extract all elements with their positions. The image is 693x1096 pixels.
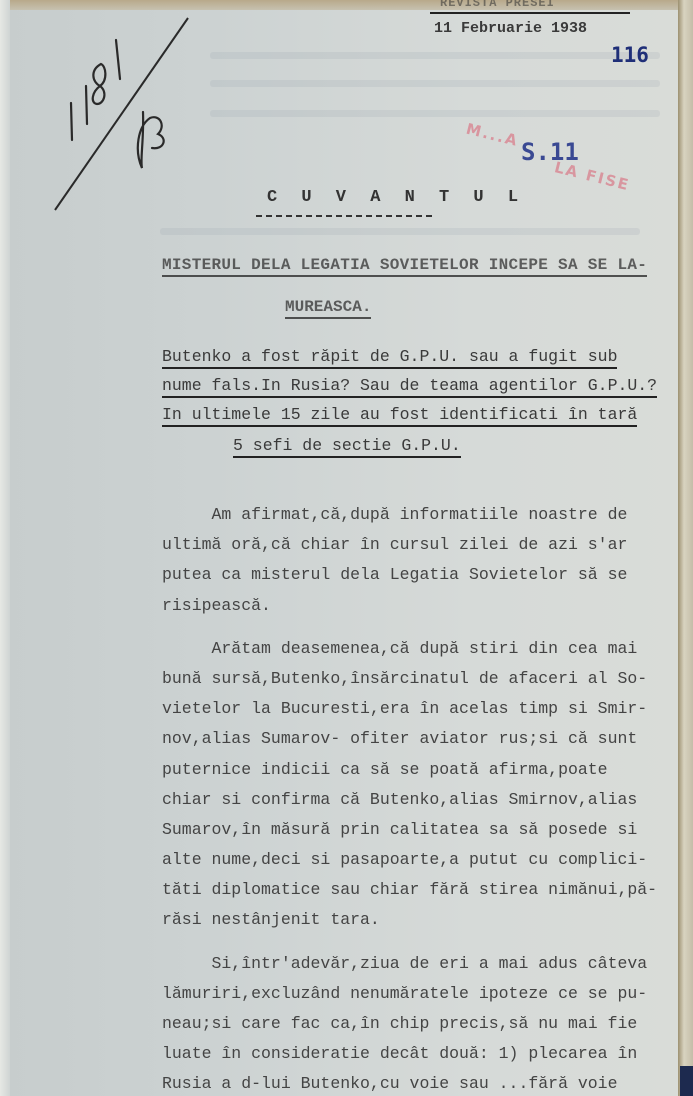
body-line: bună sursă,Butenko,însărcinatul de aface… bbox=[162, 664, 662, 694]
body-line: răsi nestânjenit tara. bbox=[162, 905, 662, 935]
bleed-through bbox=[210, 110, 660, 117]
title-underline bbox=[256, 215, 432, 217]
bleed-through bbox=[210, 80, 660, 87]
binder-tab bbox=[680, 1066, 693, 1096]
body-line: puternice indicii ca să se poată afirma,… bbox=[162, 755, 662, 785]
body-line: lămuriri,excluzând nenumăratele ipoteze … bbox=[162, 979, 662, 1009]
headline-text: MISTERUL DELA LEGATIA SOVIETELOR INCEPE … bbox=[162, 256, 647, 277]
body-line: risipească. bbox=[162, 591, 662, 621]
scan-right-edge bbox=[678, 0, 693, 1096]
subheadline-text: Butenko a fost răpit de G.P.U. sau a fug… bbox=[162, 347, 617, 369]
publication-title: C U V A N T U L bbox=[267, 188, 525, 207]
headline-line-1: MISTERUL DELA LEGATIA SOVIETELOR INCEPE … bbox=[162, 256, 647, 274]
body-line: alte nume,deci si pasapoarte,a putut cu … bbox=[162, 845, 662, 875]
bleed-through bbox=[210, 52, 660, 59]
stamp-s11: S.11 bbox=[521, 138, 579, 166]
body-line: vietelor la Bucuresti,era în acelas timp… bbox=[162, 694, 662, 724]
subheadline-line-4: 5 sefi de sectie G.P.U. bbox=[233, 436, 461, 455]
subheadline-text: 5 sefi de sectie G.P.U. bbox=[233, 436, 461, 458]
paragraph-gap bbox=[162, 936, 662, 949]
body-line: luate în consideratie decât două: 1) ple… bbox=[162, 1039, 662, 1069]
subheadline-text: nume fals.In Rusia? Sau de teama agentil… bbox=[162, 376, 657, 398]
body-line: ultimă oră,că chiar în cursul zilei de a… bbox=[162, 530, 662, 560]
body-line: tăti diplomatice sau chiar fără stirea n… bbox=[162, 875, 662, 905]
source-label: REVISTA PRESEI bbox=[430, 0, 630, 14]
subheadline-text: In ultimele 15 zile au fost identificati… bbox=[162, 405, 637, 427]
body-line: chiar si confirma că Butenko,alias Smirn… bbox=[162, 785, 662, 815]
source-label-text: REVISTA PRESEI bbox=[440, 0, 555, 10]
article-body: Am afirmat,că,după informatiile noastre … bbox=[162, 500, 662, 1096]
folio-number: 116 bbox=[611, 43, 649, 67]
paragraph-gap bbox=[162, 621, 662, 634]
subheadline-line-2: nume fals.In Rusia? Sau de teama agentil… bbox=[162, 376, 657, 395]
body-line: neau;si care fac ca,în chip precis,să nu… bbox=[162, 1009, 662, 1039]
body-line: nov,alias Sumarov- ofiter aviator rus;si… bbox=[162, 724, 662, 754]
bleed-through bbox=[160, 228, 640, 235]
headline-text: MUREASCA. bbox=[285, 298, 371, 319]
headline-line-2: MUREASCA. bbox=[285, 298, 371, 316]
subheadline-line-1: Butenko a fost răpit de G.P.U. sau a fug… bbox=[162, 347, 617, 366]
subheadline-line-3: In ultimele 15 zile au fost identificati… bbox=[162, 405, 637, 424]
body-line: Rusia a d-lui Butenko,cu voie sau ...făr… bbox=[162, 1069, 662, 1096]
body-line: Arătam deasemenea,că după stiri din cea … bbox=[162, 634, 662, 664]
document-date: 11 Februarie 1938 bbox=[434, 20, 587, 37]
body-line: Sumarov,în măsură prin calitatea sa să p… bbox=[162, 815, 662, 845]
body-line: putea ca misterul dela Legatia Sovietelo… bbox=[162, 560, 662, 590]
body-line: Si,într'adevăr,ziua de eri a mai adus câ… bbox=[162, 949, 662, 979]
scan-left-edge bbox=[0, 0, 10, 1096]
body-line: Am afirmat,că,după informatiile noastre … bbox=[162, 500, 662, 530]
